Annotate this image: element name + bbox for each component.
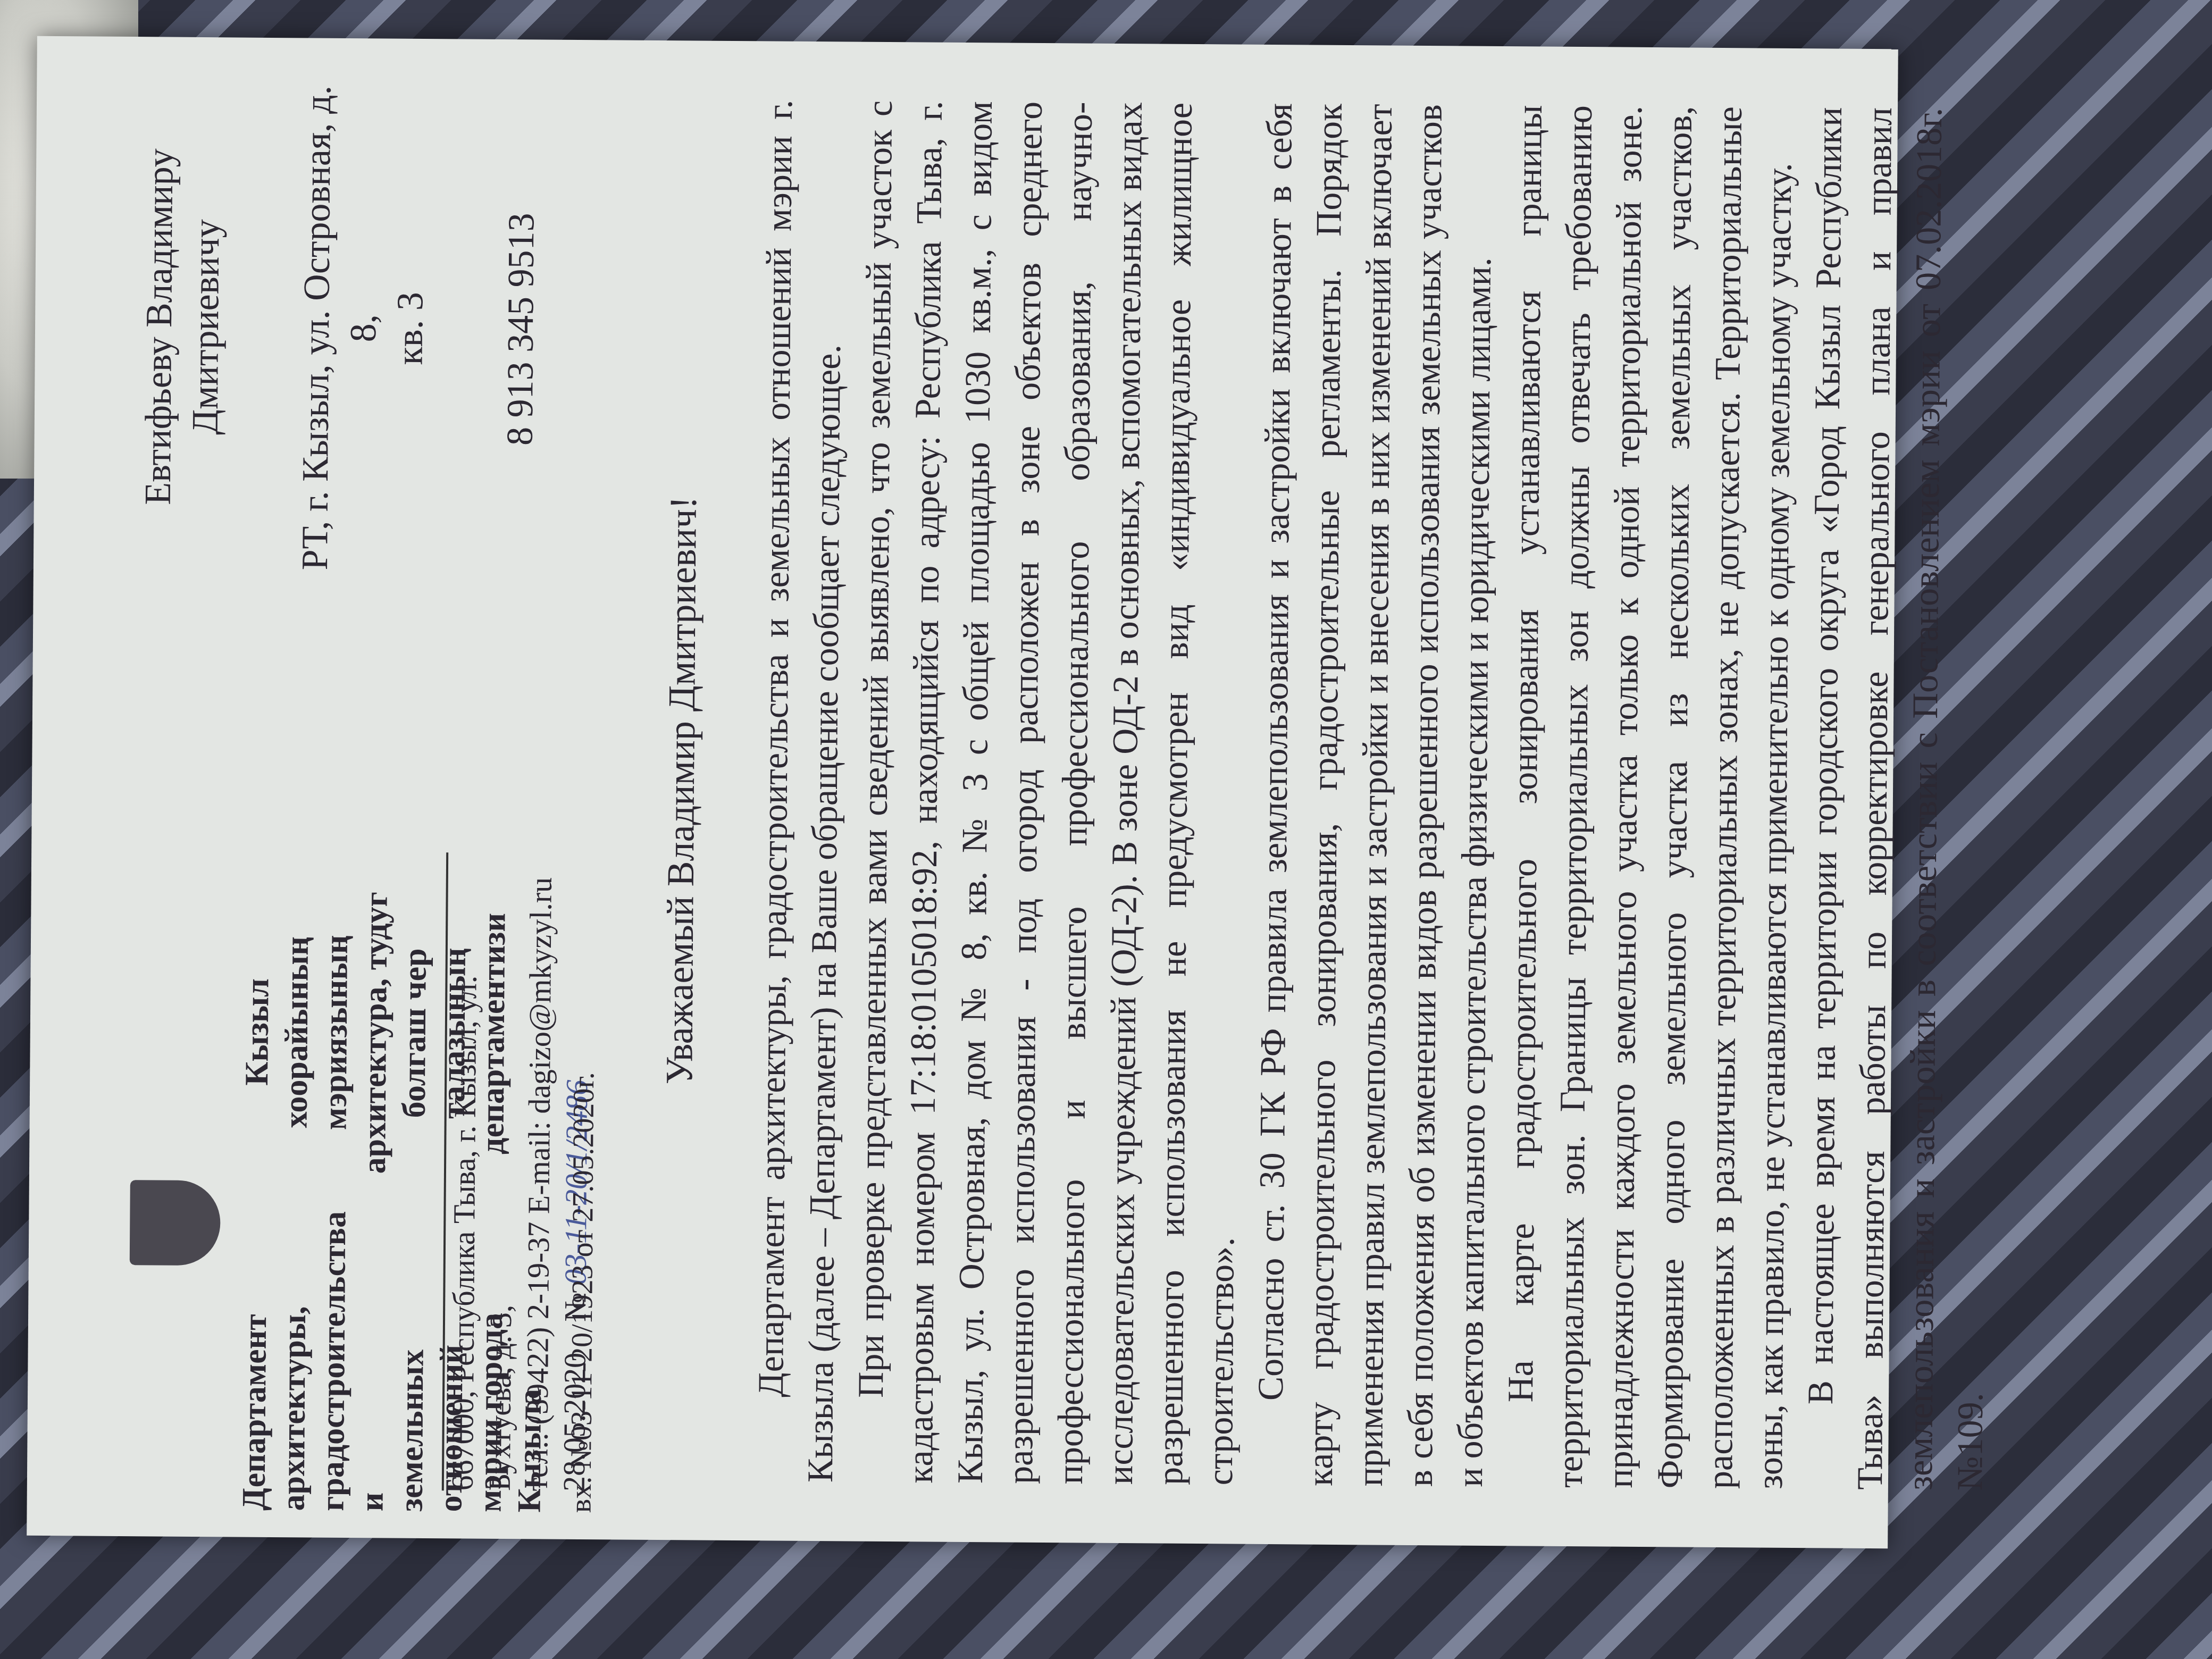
recipient-phone: 8 913 345 9513 <box>496 77 547 582</box>
recipient-apartment: кв. 3 <box>386 76 436 581</box>
dept-line: архитектуры, <box>274 1213 315 1511</box>
dept-line: Кызыл хоорайының <box>237 883 317 1182</box>
dept-line: градостроительства и <box>313 1213 394 1512</box>
dept-line: мэриязының <box>315 884 357 1182</box>
contacts-line: тел.: (39422) 2-19-37 E-mail: dagizo@mky… <box>518 853 560 1491</box>
paragraph: Согласно ст. 30 ГК РФ правила землепольз… <box>1245 103 1504 1487</box>
recipient-patronymic: Дмитриевичу <box>181 74 232 580</box>
letter-page: Департамент архитектуры, градостроительс… <box>54 63 1872 1522</box>
dept-line: архитектура, тудуг <box>355 884 396 1182</box>
paragraph: При проверке представленных вами сведени… <box>845 100 1254 1486</box>
city-emblem-icon <box>130 1180 221 1266</box>
recipient-block: Евтифьеву Владимиру Дмитриевичу РТ, г. К… <box>135 74 547 582</box>
paragraph: На карте градостроительного зонирования … <box>1495 105 1804 1489</box>
recipient-address: РТ, г. Кызыл, ул. Островная, д. 8, <box>292 75 389 581</box>
paragraph: Департамент архитектуры, градостроительс… <box>745 99 854 1482</box>
letterhead: Департамент архитектуры, градостроительс… <box>128 712 133 1510</box>
dept-line: Департамент <box>234 1212 276 1511</box>
address-line: 667000, Республика Тыва, г. Кызыл, ул. Б… <box>444 852 523 1491</box>
letter-body: Департамент архитектуры, градостроительс… <box>745 99 2004 1490</box>
greeting: Уважаемый Владимир Дмитриевич! <box>655 67 709 1514</box>
incoming-reference: вх. №03-11-20/1923 от 27.05.2020г. <box>564 1072 601 1513</box>
recipient-name: Евтифьеву Владимиру <box>135 74 185 580</box>
letter-paper: Департамент архитектуры, градостроительс… <box>27 36 1898 1548</box>
paragraph: В настоящее время на территории городско… <box>1795 107 2004 1491</box>
